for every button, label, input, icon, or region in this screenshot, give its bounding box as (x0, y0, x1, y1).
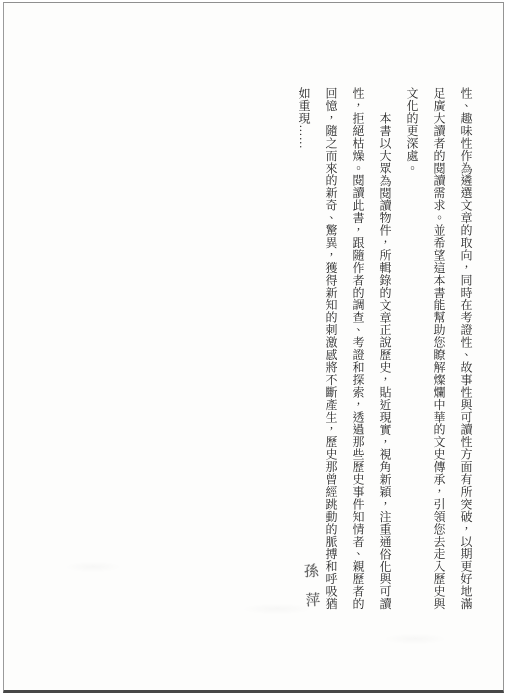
book-page: 性、趣味性作為遴選文章的取向，同時在考證性、故事性與可讀性方面有所突破，以期更好… (3, 2, 504, 693)
preface-paragraph-2: 本書以大眾為閱讀物件，所輯錄的文章正說歷史，貼近現實，視角新穎，注重通俗化與可讀… (290, 87, 398, 610)
preface-text-block: 性、趣味性作為遴選文章的取向，同時在考證性、故事性與可讀性方面有所突破，以期更好… (290, 87, 479, 610)
preface-paragraph-1: 性、趣味性作為遴選文章的取向，同時在考證性、故事性與可讀性方面有所突破，以期更好… (398, 87, 479, 610)
author-signature: 孫萍 (299, 562, 323, 621)
